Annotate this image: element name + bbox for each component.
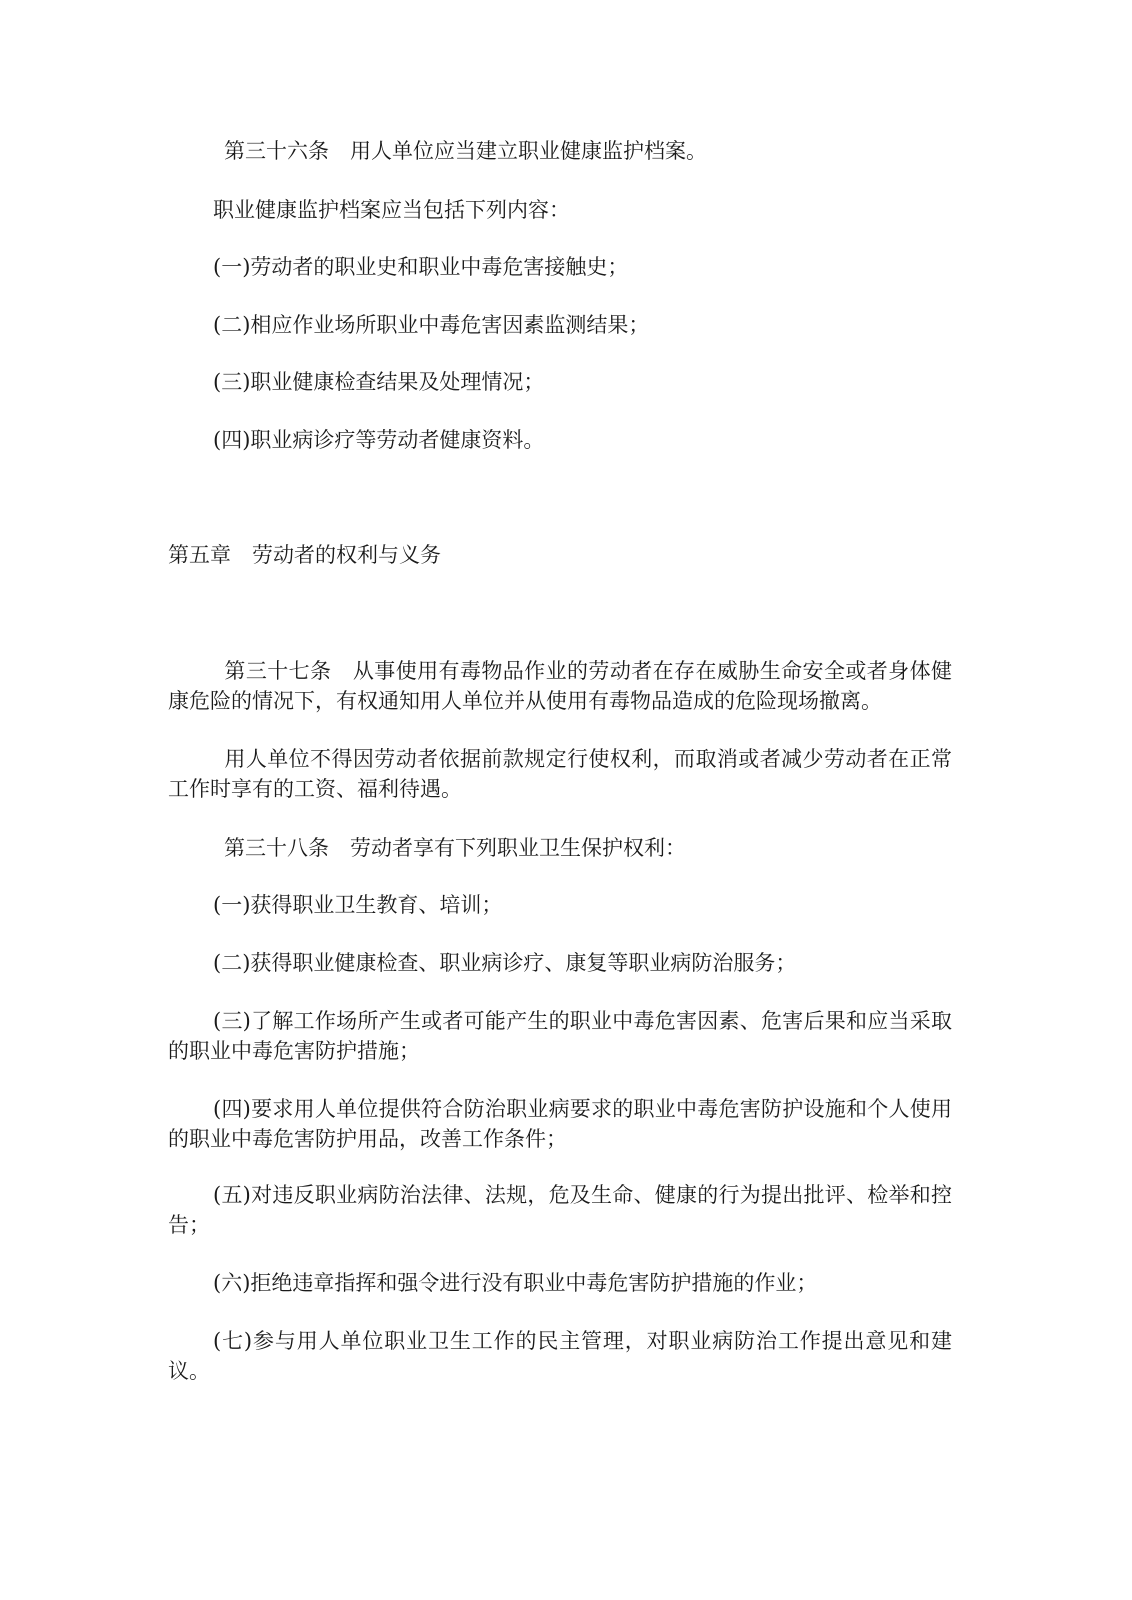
article-38-item-4-text: (四)要求用人单位提供符合防治职业病要求的职业中毒危害防护设施和个人使用的职业中… [168,1097,952,1151]
article-38-item-5: (五)对违反职业病防治法律、法规，危及生命、健康的行为提出批评、检举和控告； [168,1180,952,1240]
article-38-item-5-text: (五)对违反职业病防治法律、法规，危及生命、健康的行为提出批评、检举和控告； [168,1183,952,1237]
article-38-item-4: (四)要求用人单位提供符合防治职业病要求的职业中毒危害防护设施和个人使用的职业中… [168,1094,952,1154]
article-36-heading: 第三十六条 用人单位应当建立职业健康监护档案。 [224,136,707,166]
article-38-item-3: (三)了解工作场所产生或者可能产生的职业中毒危害因素、危害后果和应当采取的职业中… [168,1006,952,1066]
article-36-item-2: (二)相应作业场所职业中毒危害因素监测结果； [213,310,649,340]
article-38-item-2: (二)获得职业健康检查、职业病诊疗、康复等职业病防治服务； [213,948,796,978]
article-37-paragraph-2: 用人单位不得因劳动者依据前款规定行使权利，而取消或者减少劳动者在正常工作时享有的… [168,744,952,804]
article-37-paragraph-1: 第三十七条 从事使用有毒物品作业的劳动者在存在威胁生命安全或者身体健康危险的情况… [168,656,952,716]
article-38-item-7-text: (七)参与用人单位职业卫生工作的民主管理，对职业病防治工作提出意见和建议。 [168,1329,952,1383]
article-36-intro: 职业健康监护档案应当包括下列内容： [213,195,570,225]
article-36-item-4: (四)职业病诊疗等劳动者健康资料。 [213,425,544,455]
article-38-item-3-text: (三)了解工作场所产生或者可能产生的职业中毒危害因素、危害后果和应当采取的职业中… [168,1009,952,1063]
article-38-item-1: (一)获得职业卫生教育、培训； [213,890,502,920]
article-38-heading: 第三十八条 劳动者享有下列职业卫生保护权利： [224,833,686,863]
article-37-paragraph-2-text: 用人单位不得因劳动者依据前款规定行使权利，而取消或者减少劳动者在正常工作时享有的… [168,747,952,801]
article-38-item-7: (七)参与用人单位职业卫生工作的民主管理，对职业病防治工作提出意见和建议。 [168,1326,952,1386]
article-36-item-1: (一)劳动者的职业史和职业中毒危害接触史； [213,252,628,282]
article-36-item-3: (三)职业健康检查结果及处理情况； [213,367,544,397]
chapter-5-title: 第五章 劳动者的权利与义务 [168,540,441,570]
article-37-paragraph-1-text: 第三十七条 从事使用有毒物品作业的劳动者在存在威胁生命安全或者身体健康危险的情况… [168,659,952,713]
article-38-item-6: (六)拒绝违章指挥和强令进行没有职业中毒危害防护措施的作业； [213,1268,817,1298]
